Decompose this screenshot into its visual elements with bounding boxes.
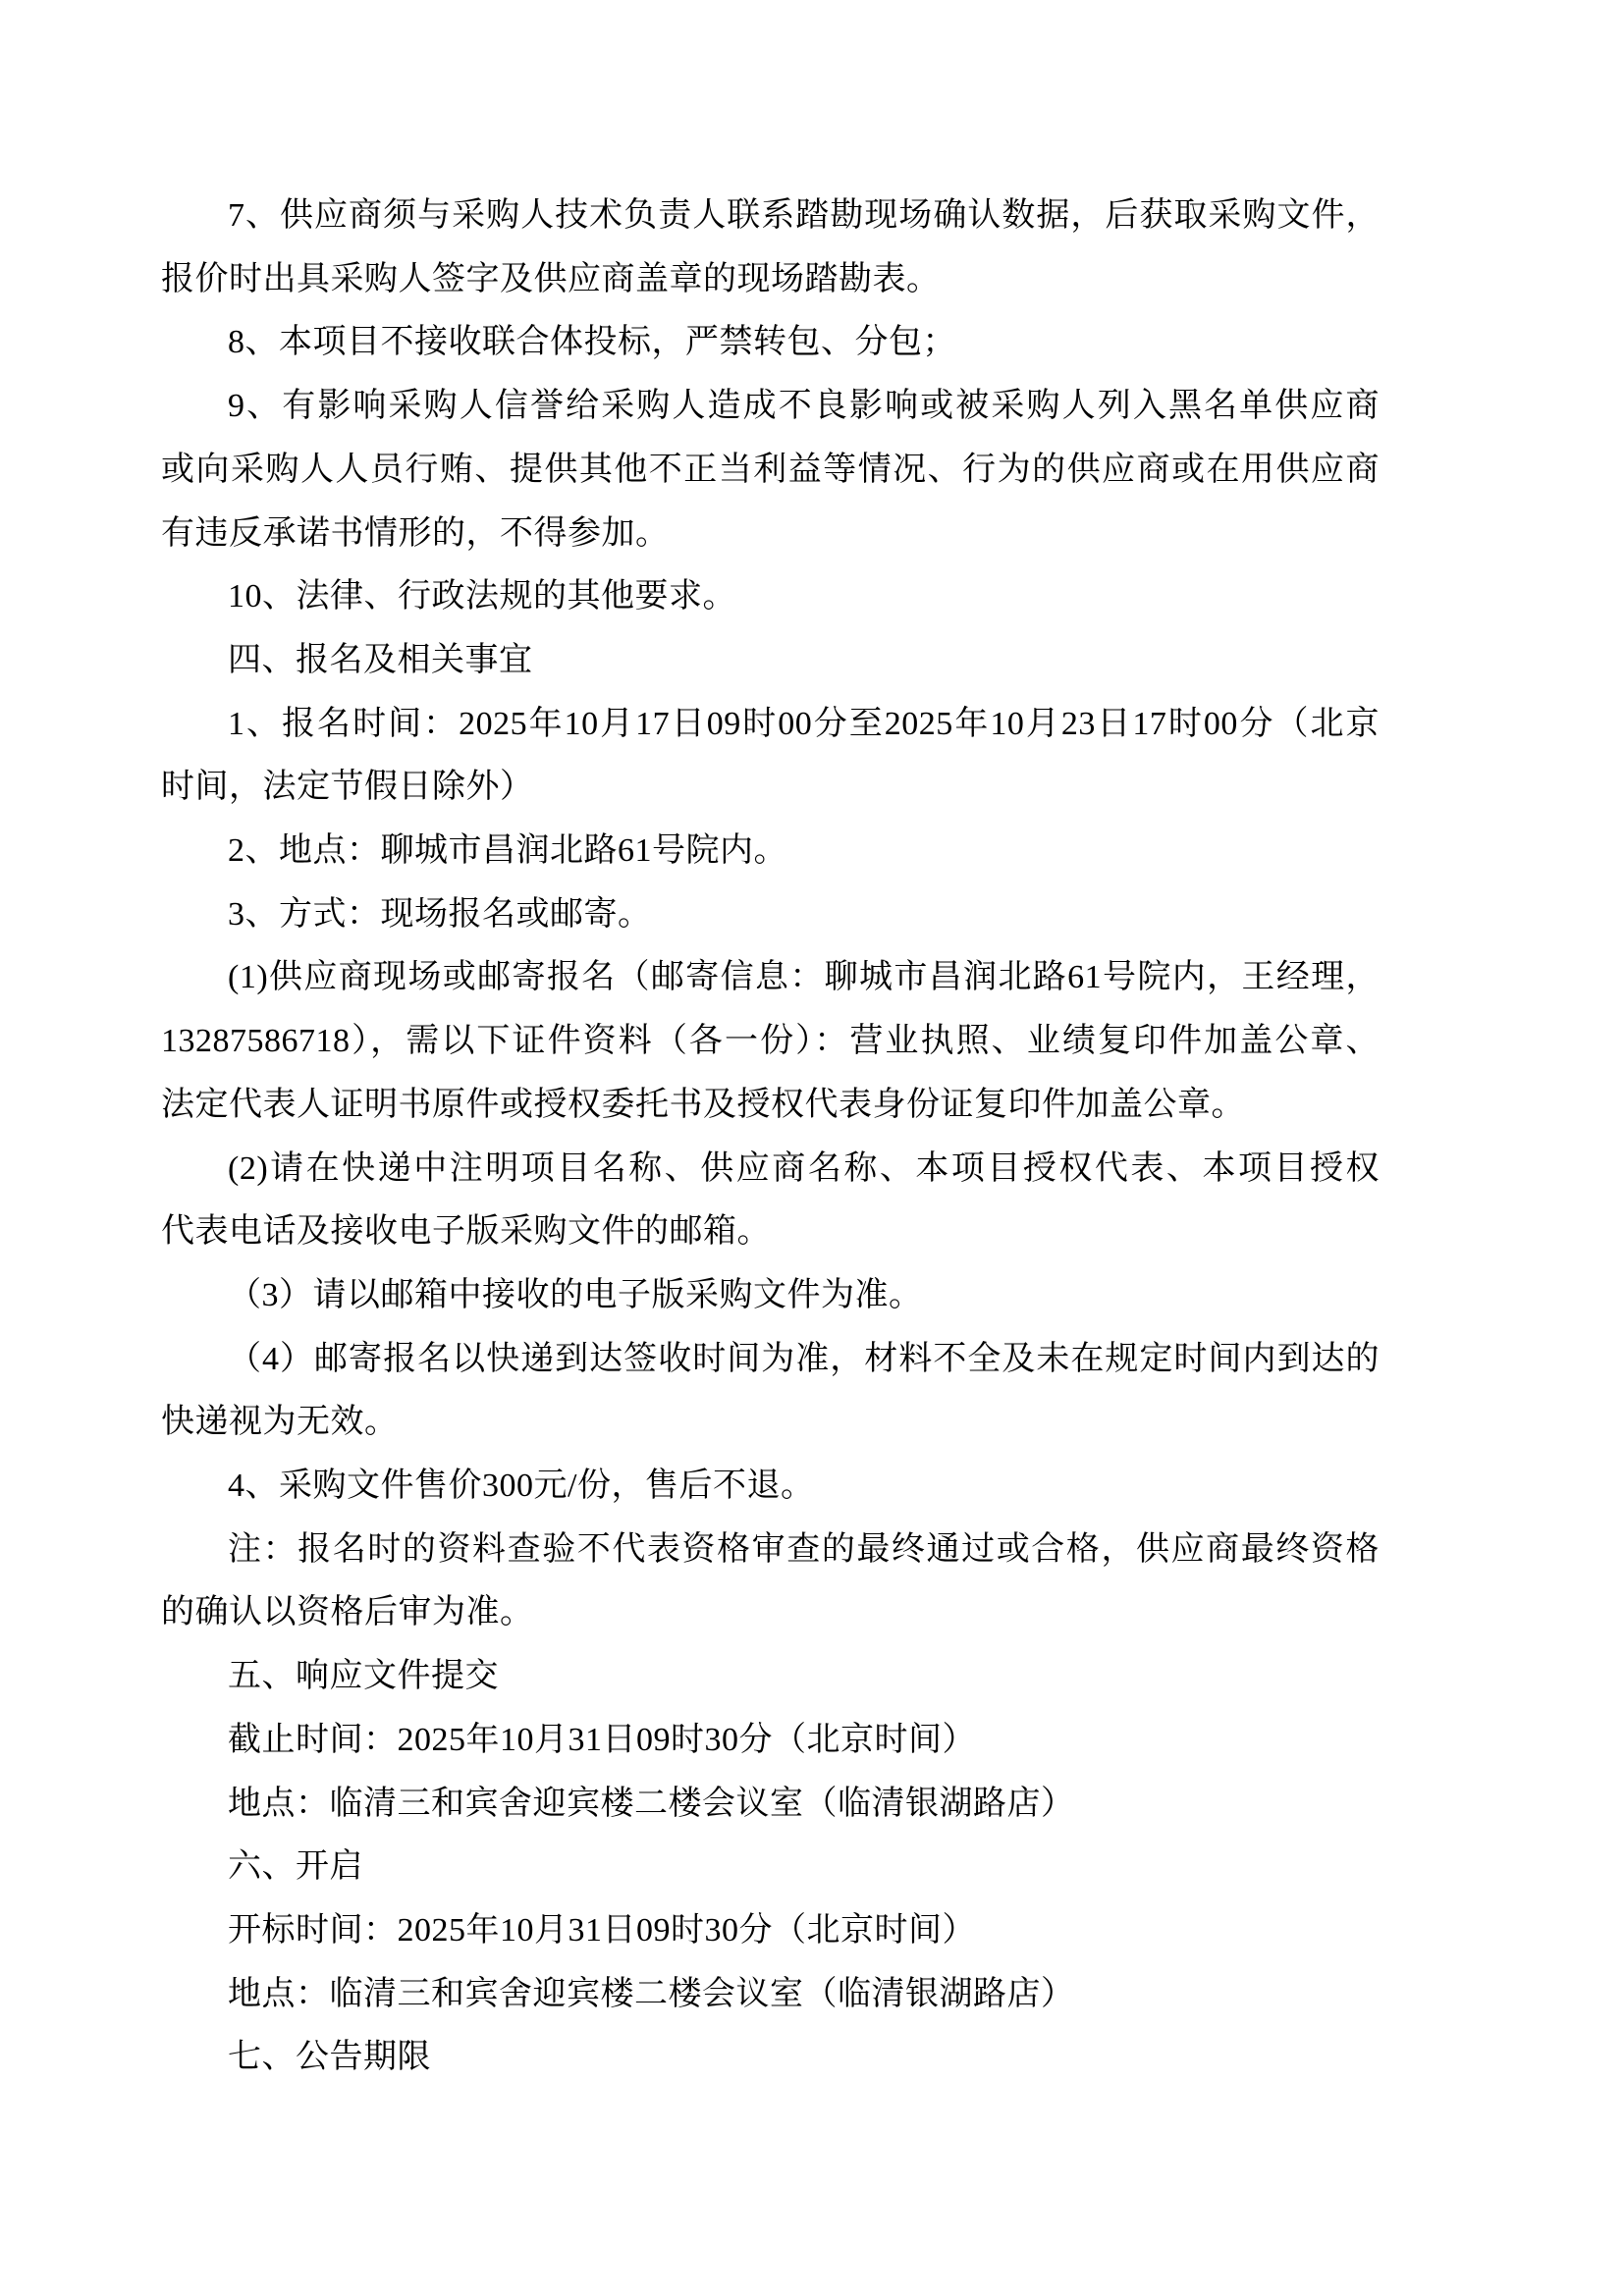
text-line: 代表电话及接收电子版采购文件的邮箱。: [161, 1201, 1380, 1264]
text-line: 法定代表人证明书原件或授权委托书及授权代表身份证复印件加盖公章。: [161, 1074, 1380, 1138]
text-line: (1)供应商现场或邮寄报名（邮寄信息：聊城市昌润北路61号院内，王经理，: [161, 946, 1380, 1010]
text-line: 地点：临清三和宾舍迎宾楼二楼会议室（临清银湖路店）: [161, 1963, 1380, 2027]
text-line: 注：报名时的资料查验不代表资格审查的最终通过或合格，供应商最终资格: [161, 1519, 1380, 1582]
text-line: 3、方式：现场报名或邮寄。: [161, 883, 1380, 947]
text-line: 4、采购文件售价300元/份，售后不退。: [161, 1455, 1380, 1519]
text-line: 的确认以资格后审为准。: [161, 1581, 1380, 1645]
text-line: 报价时出具采购人签字及供应商盖章的现场踏勘表。: [161, 248, 1380, 312]
text-line: 时间，法定节假日除外）: [161, 756, 1380, 820]
text-line: 13287586718），需以下证件资料（各一份）：营业执照、业绩复印件加盖公章…: [161, 1010, 1380, 1074]
text-line: 开标时间：2025年10月31日09时30分（北京时间）: [161, 1899, 1380, 1963]
text-line: 10、法律、行政法规的其他要求。: [161, 565, 1380, 629]
text-line: 9、有影响采购人信誉给采购人造成不良影响或被采购人列入黑名单供应商: [161, 375, 1380, 439]
text-line: 五、响应文件提交: [161, 1645, 1380, 1709]
document-body: 7、供应商须与采购人技术负责人联系踏勘现场确认数据，后获取采购文件，报价时出具采…: [161, 185, 1380, 2090]
text-line: 8、本项目不接收联合体投标，严禁转包、分包；: [161, 311, 1380, 375]
text-line: 或向采购人人员行贿、提供其他不正当利益等情况、行为的供应商或在用供应商: [161, 439, 1380, 503]
text-line: 7、供应商须与采购人技术负责人联系踏勘现场确认数据，后获取采购文件，: [161, 185, 1380, 248]
text-line: 地点：临清三和宾舍迎宾楼二楼会议室（临清银湖路店）: [161, 1773, 1380, 1837]
text-line: 快递视为无效。: [161, 1391, 1380, 1455]
text-line: 六、开启: [161, 1836, 1380, 1899]
text-line: 七、公告期限: [161, 2026, 1380, 2090]
document-page: 7、供应商须与采购人技术负责人联系踏勘现场确认数据，后获取采购文件，报价时出具采…: [0, 0, 1624, 2296]
text-line: 截止时间：2025年10月31日09时30分（北京时间）: [161, 1709, 1380, 1773]
text-line: 1、报名时间：2025年10月17日09时00分至2025年10月23日17时0…: [161, 693, 1380, 757]
text-line: 四、报名及相关事宜: [161, 629, 1380, 693]
text-line: （3）请以邮箱中接收的电子版采购文件为准。: [161, 1264, 1380, 1328]
text-line: （4）邮寄报名以快递到达签收时间为准，材料不全及未在规定时间内到达的: [161, 1328, 1380, 1392]
text-line: 有违反承诺书情形的，不得参加。: [161, 503, 1380, 566]
text-line: 2、地点：聊城市昌润北路61号院内。: [161, 820, 1380, 883]
text-line: (2)请在快递中注明项目名称、供应商名称、本项目授权代表、本项目授权: [161, 1138, 1380, 1201]
